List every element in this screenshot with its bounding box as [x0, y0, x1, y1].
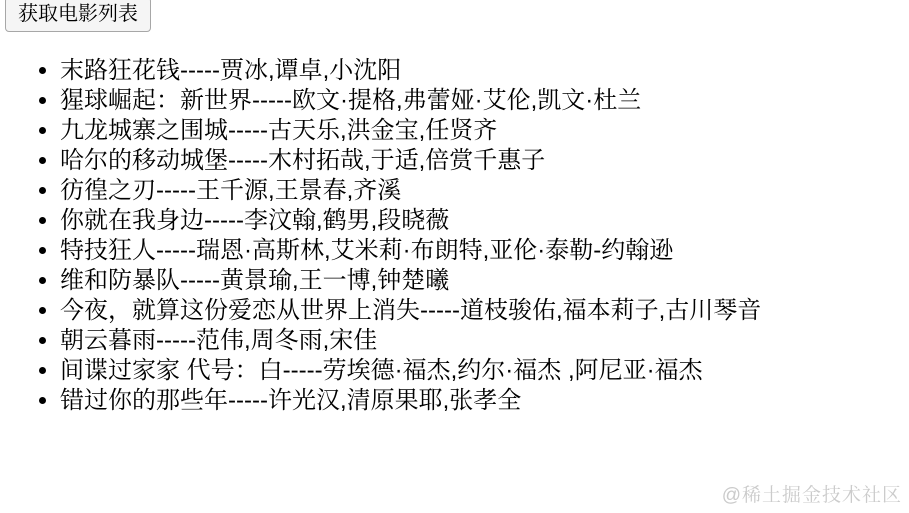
movie-title: 九龙城寨之围城 — [60, 117, 228, 144]
movie-title: 特技狂人 — [60, 237, 156, 264]
movie-title: 哈尔的移动城堡 — [60, 147, 228, 174]
movie-actors: 王千源,王景春,齐溪 — [196, 177, 401, 204]
movie-actors: 许光汉,清原果耶,张孝全 — [268, 387, 521, 414]
movie-actors: 贾冰,谭卓,小沈阳 — [220, 57, 401, 84]
title-actor-separator: ----- — [228, 387, 268, 414]
movie-list-item: 猩球崛起：新世界-----欧文·提格,弗蕾娅·艾伦,凯文·杜兰 — [60, 86, 909, 116]
movie-title: 你就在我身边 — [60, 207, 204, 234]
watermark: @稀土掘金技术社区 — [722, 480, 902, 507]
movie-list-item: 九龙城寨之围城-----古天乐,洪金宝,任贤齐 — [60, 116, 909, 146]
movie-actors: 劳埃德·福杰,约尔·福杰 ,阿尼亚·福杰 — [323, 357, 703, 384]
title-actor-separator: ----- — [180, 267, 220, 294]
title-actor-separator: ----- — [252, 87, 292, 114]
movie-list-item: 特技狂人-----瑞恩·高斯林,艾米莉·布朗特,亚伦·泰勒-约翰逊 — [60, 236, 909, 266]
title-actor-separator: ----- — [228, 117, 268, 144]
movie-title: 末路狂花钱 — [60, 57, 180, 84]
movie-title: 彷徨之刃 — [60, 177, 156, 204]
movie-list-item: 你就在我身边-----李汶翰,鹤男,段晓薇 — [60, 206, 909, 236]
fetch-movie-list-button[interactable]: 获取电影列表 — [5, 0, 151, 32]
movie-title: 朝云暮雨 — [60, 327, 156, 354]
movie-list-item: 间谍过家家 代号：白-----劳埃德·福杰,约尔·福杰 ,阿尼亚·福杰 — [60, 356, 909, 386]
movie-actors: 瑞恩·高斯林,艾米莉·布朗特,亚伦·泰勒-约翰逊 — [196, 237, 673, 264]
page: 获取电影列表 末路狂花钱-----贾冰,谭卓,小沈阳 猩球崛起：新世界-----… — [0, 0, 909, 513]
title-actor-separator: ----- — [283, 357, 323, 384]
movie-title: 猩球崛起：新世界 — [60, 87, 252, 114]
movie-actors: 古天乐,洪金宝,任贤齐 — [268, 117, 497, 144]
movie-actors: 范伟,周冬雨,宋佳 — [196, 327, 377, 354]
title-actor-separator: ----- — [156, 237, 196, 264]
movie-title: 维和防暴队 — [60, 267, 180, 294]
movie-actors: 黄景瑜,王一博,钟楚曦 — [220, 267, 449, 294]
movie-list-item: 今夜，就算这份爱恋从世界上消失-----道枝骏佑,福本莉子,古川琴音 — [60, 296, 909, 326]
movie-list-item: 错过你的那些年-----许光汉,清原果耶,张孝全 — [60, 386, 909, 416]
title-actor-separator: ----- — [228, 147, 268, 174]
movie-list-item: 哈尔的移动城堡-----木村拓哉,于适,倍赏千惠子 — [60, 146, 909, 176]
movie-title: 间谍过家家 代号：白 — [60, 357, 283, 384]
movie-list-item: 彷徨之刃-----王千源,王景春,齐溪 — [60, 176, 909, 206]
title-actor-separator: ----- — [180, 57, 220, 84]
title-actor-separator: ----- — [420, 297, 460, 324]
movie-list-item: 维和防暴队-----黄景瑜,王一博,钟楚曦 — [60, 266, 909, 296]
title-actor-separator: ----- — [156, 327, 196, 354]
movie-actors: 欧文·提格,弗蕾娅·艾伦,凯文·杜兰 — [292, 87, 641, 114]
movie-title: 今夜，就算这份爱恋从世界上消失 — [60, 297, 420, 324]
title-actor-separator: ----- — [204, 207, 244, 234]
movie-list-item: 末路狂花钱-----贾冰,谭卓,小沈阳 — [60, 56, 909, 86]
title-actor-separator: ----- — [156, 177, 196, 204]
movie-list: 末路狂花钱-----贾冰,谭卓,小沈阳 猩球崛起：新世界-----欧文·提格,弗… — [0, 56, 909, 416]
movie-actors: 李汶翰,鹤男,段晓薇 — [244, 207, 449, 234]
movie-actors: 木村拓哉,于适,倍赏千惠子 — [268, 147, 545, 174]
movie-title: 错过你的那些年 — [60, 387, 228, 414]
movie-list-item: 朝云暮雨-----范伟,周冬雨,宋佳 — [60, 326, 909, 356]
movie-actors: 道枝骏佑,福本莉子,古川琴音 — [460, 297, 761, 324]
